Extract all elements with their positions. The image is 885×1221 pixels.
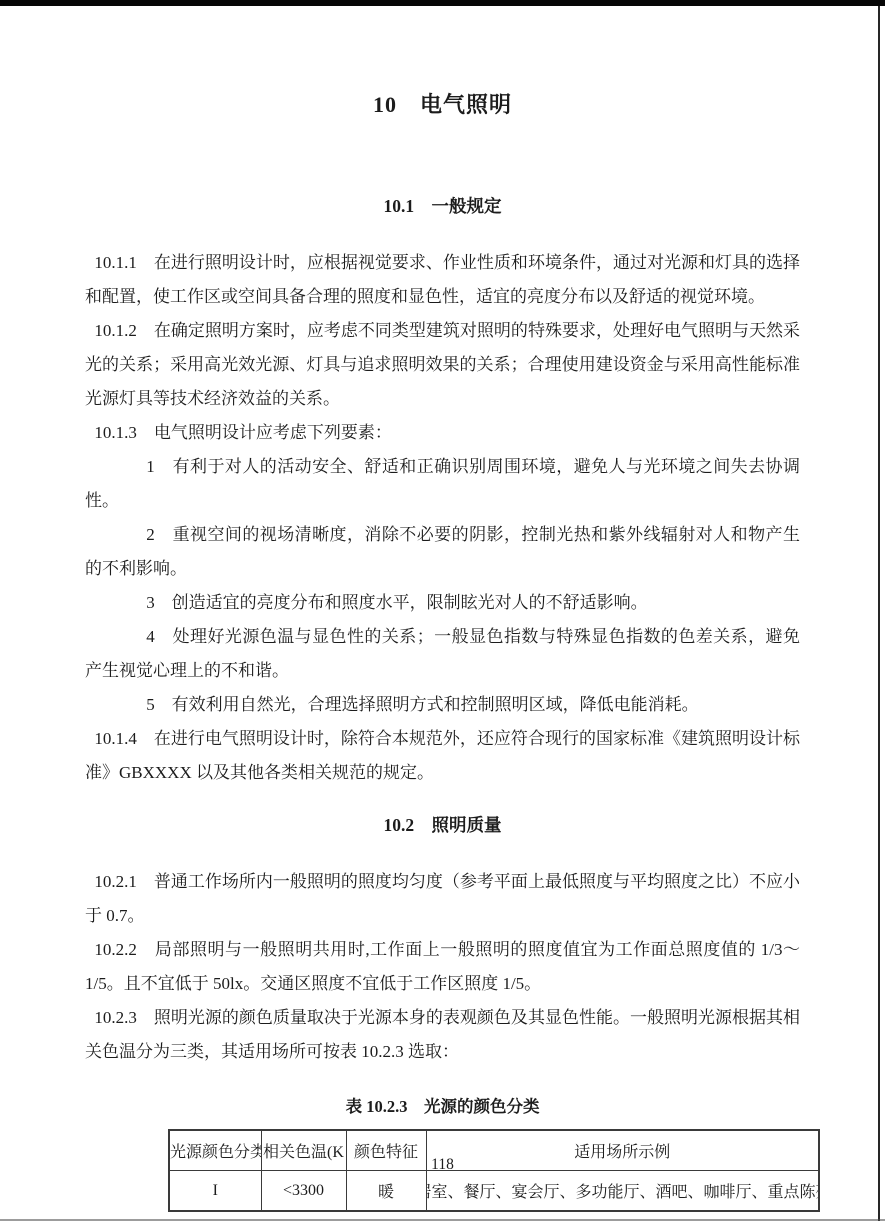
numbered-item-4: 4 处理好光源色温与显色性的关系；一般显色指数与特殊显色指数的色差关系，避免产生… (85, 620, 800, 688)
cell-color-character: 暖 (346, 1171, 426, 1212)
clause-10-1-3: 10.1.3 电气照明设计应考虑下列要素： (85, 416, 800, 450)
clause-10-2-1: 10.2.1 普通工作场所内一般照明的照度均匀度（参考平面上最低照度与平均照度之… (85, 865, 800, 933)
clause-10-2-3: 10.2.3 照明光源的颜色质量取决于光源本身的表观颜色及其显色性能。一般照明光… (85, 1001, 800, 1069)
table-caption: 表 10.2.3 光源的颜色分类 (85, 1093, 800, 1117)
right-scan-line (878, 6, 880, 1221)
cell-color-temp: <3300 (261, 1171, 346, 1212)
cell-class: I (169, 1171, 261, 1212)
page-content: 10 电气照明 10.1 一般规定 10.1.1 在进行照明设计时，应根据视觉要… (85, 6, 800, 1212)
numbered-item-1: 1 有利于对人的活动安全、舒适和正确识别周围环境，避免人与光环境之间失去协调性。 (85, 450, 800, 518)
page-number: 118 (0, 1156, 885, 1174)
clause-10-1-1: 10.1.1 在进行照明设计时，应根据视觉要求、作业性质和环境条件，通过对光源和… (85, 246, 800, 314)
clause-10-1-2: 10.1.2 在确定照明方案时，应考虑不同类型建筑对照明的特殊要求，处理好电气照… (85, 314, 800, 416)
cell-usage-examples: 居室、餐厅、宴会厅、多功能厅、酒吧、咖啡厅、重点陈列厅 (426, 1171, 819, 1212)
clause-10-2-2: 10.2.2 局部照明与一般照明共用时,工作面上一般照明的照度值宜为工作面总照度… (85, 933, 800, 1001)
section-heading-10-2: 10.2 照明质量 (85, 812, 800, 837)
numbered-item-2: 2 重视空间的视场清晰度，消除不必要的阴影，控制光热和紫外线辐射对人和物产生的不… (85, 518, 800, 586)
section-10-1-body: 10.1.1 在进行照明设计时，应根据视觉要求、作业性质和环境条件，通过对光源和… (85, 246, 800, 790)
table-row: I <3300 暖 居室、餐厅、宴会厅、多功能厅、酒吧、咖啡厅、重点陈列厅 (169, 1171, 819, 1212)
clause-10-1-4: 10.1.4 在进行电气照明设计时，除符合本规范外，还应符合现行的国家标准《建筑… (85, 722, 800, 790)
numbered-item-5: 5 有效利用自然光，合理选择照明方式和控制照明区域，降低电能消耗。 (85, 688, 800, 722)
numbered-item-3: 3 创造适宜的亮度分布和照度水平，限制眩光对人的不舒适影响。 (85, 586, 800, 620)
usage-examples-text: 居室、餐厅、宴会厅、多功能厅、酒吧、咖啡厅、重点陈列厅 (426, 1179, 819, 1202)
chapter-title: 10 电气照明 (85, 88, 800, 119)
section-heading-10-1: 10.1 一般规定 (85, 193, 800, 218)
section-10-2-body: 10.2.1 普通工作场所内一般照明的照度均匀度（参考平面上最低照度与平均照度之… (85, 865, 800, 1069)
